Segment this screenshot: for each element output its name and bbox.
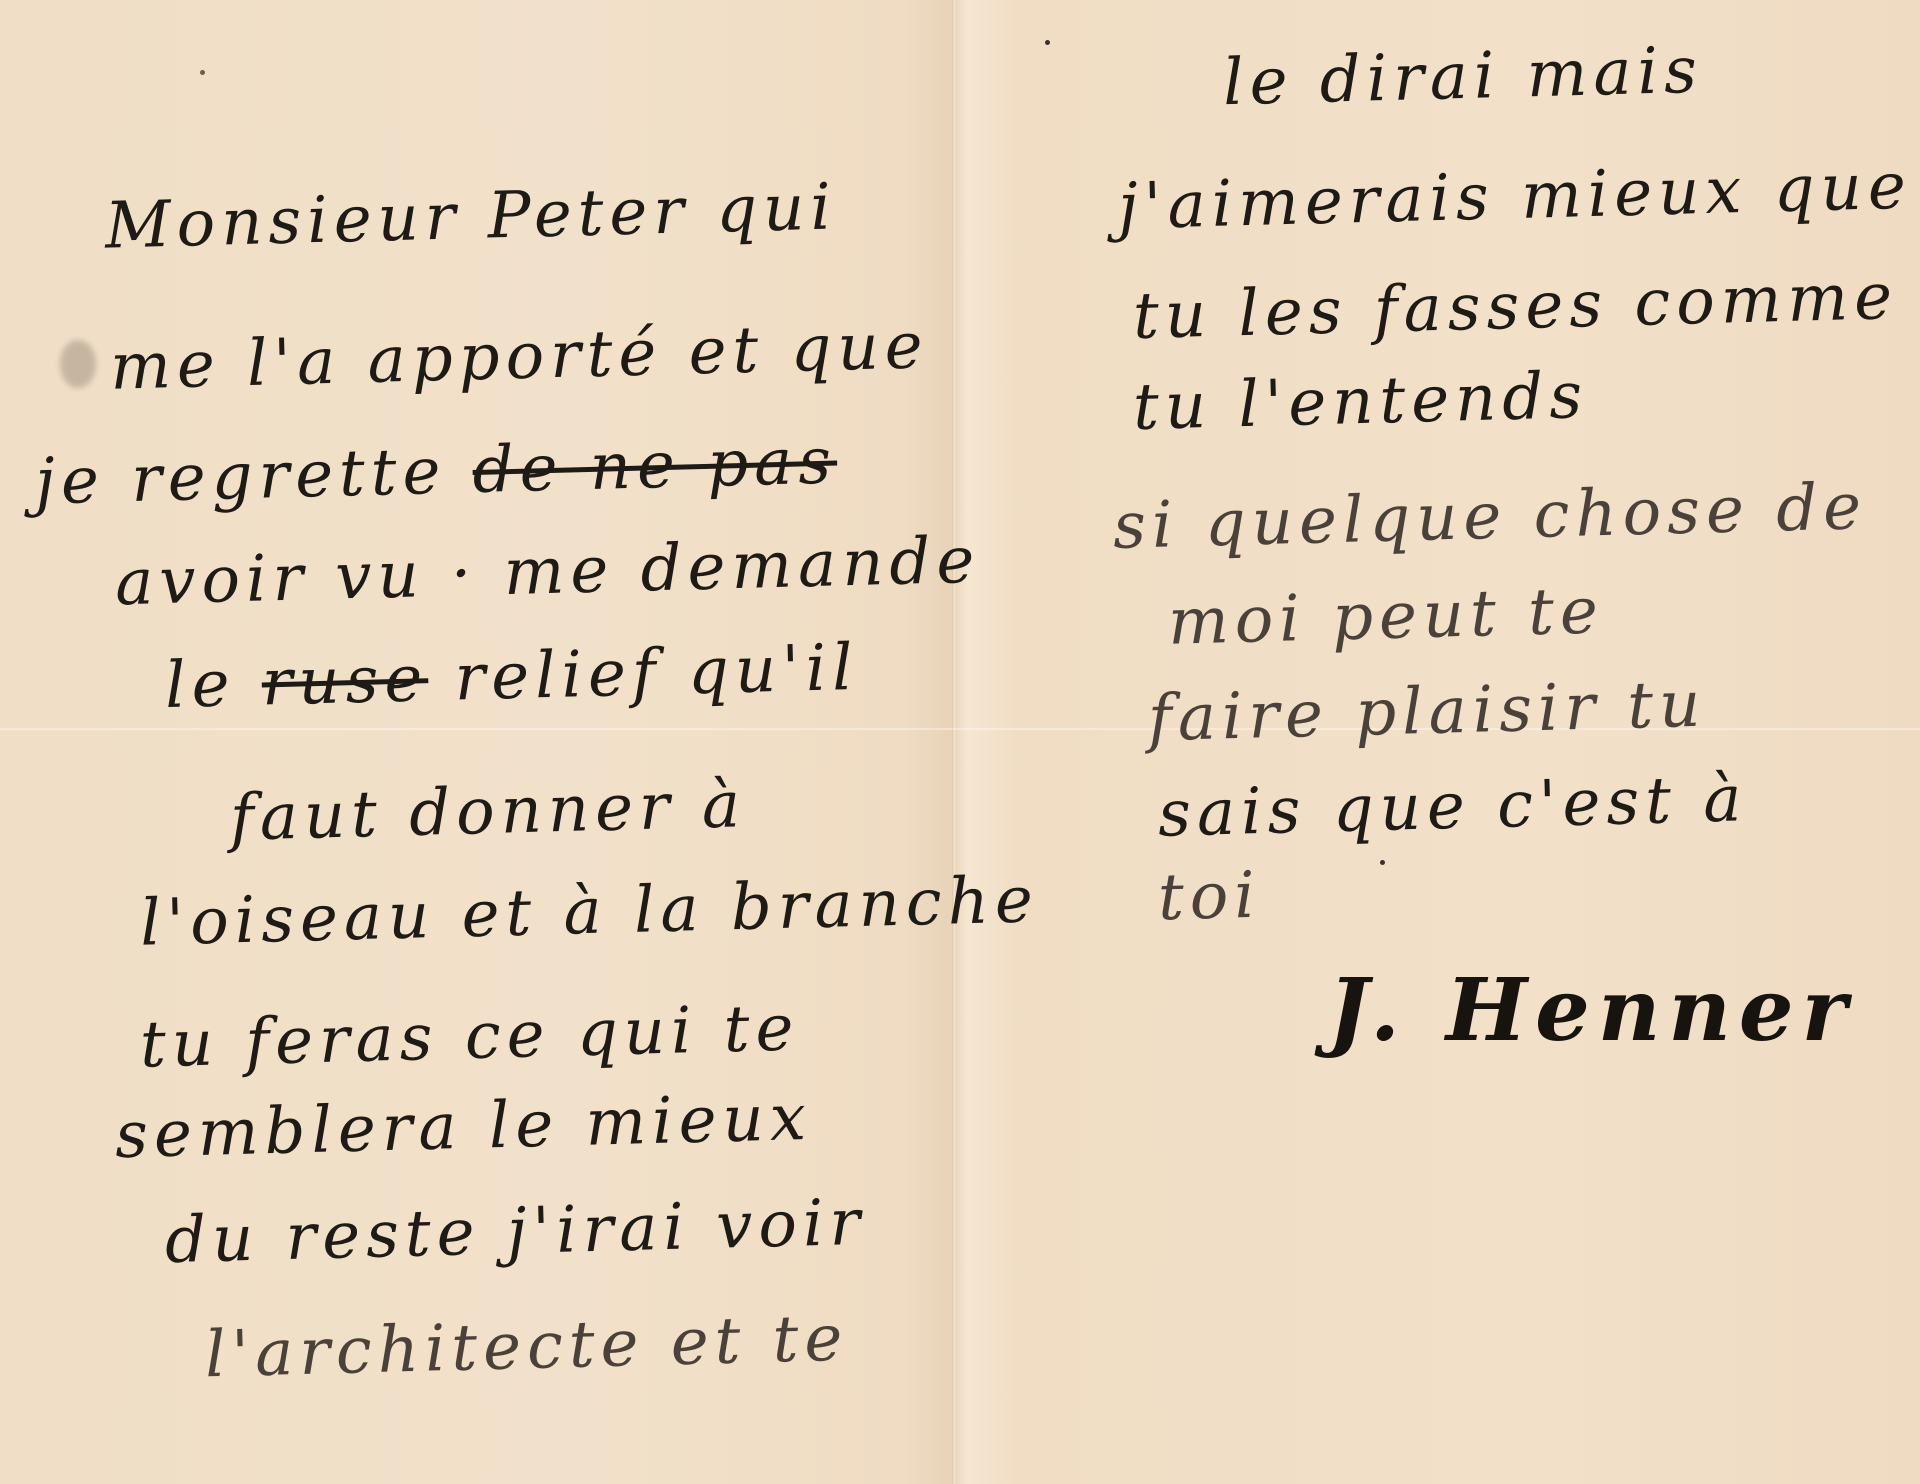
- letter-line: tu l'entends: [1132, 359, 1589, 445]
- letter-line: j'aimerais mieux que: [1117, 150, 1912, 245]
- center-fold: [952, 0, 955, 1484]
- letter-line: semblera le mieux: [114, 1081, 813, 1173]
- letter-line: du reste j'irai voir: [164, 1186, 867, 1278]
- letter-line: le ruse relief qu'il: [164, 631, 859, 723]
- letter-line: toi: [1157, 859, 1262, 936]
- signature: J. Henner: [1328, 960, 1855, 1061]
- letter-line: si quelque chose de: [1112, 470, 1868, 564]
- letter-line: me l'a apporté et que: [109, 309, 929, 404]
- letter-line: l'oiseau et à la branche: [139, 863, 1039, 961]
- letter-sheet: Monsieur Peter qui me l'a apporté et que…: [0, 0, 1920, 1484]
- letter-line: faut donner à: [229, 768, 747, 855]
- letter-line: sais que c'est à: [1157, 762, 1748, 851]
- ink-speck: [200, 70, 205, 75]
- letter-line: avoir vu · me demande: [114, 524, 981, 621]
- letter-line: moi peut te: [1167, 574, 1605, 659]
- letter-line: tu feras ce qui te: [139, 991, 800, 1082]
- right-page: le dirai mais j'aimerais mieux que tu le…: [958, 0, 1920, 1484]
- letter-line: tu les fasses comme: [1132, 260, 1899, 354]
- struck-text: de ne pas: [472, 425, 838, 509]
- letter-line: je regrette de ne pas: [34, 425, 838, 520]
- letter-line: faire plaisir tu: [1147, 668, 1707, 757]
- ink-speck: [1380, 860, 1385, 865]
- left-page: Monsieur Peter qui me l'a apporté et que…: [0, 0, 950, 1484]
- letter-line: le dirai mais: [1222, 34, 1704, 121]
- letter-line: Monsieur Peter qui: [104, 170, 838, 263]
- letter-line: l'architecte et te: [204, 1302, 849, 1393]
- ink-speck: [1045, 40, 1050, 45]
- struck-text: ruse: [261, 642, 429, 720]
